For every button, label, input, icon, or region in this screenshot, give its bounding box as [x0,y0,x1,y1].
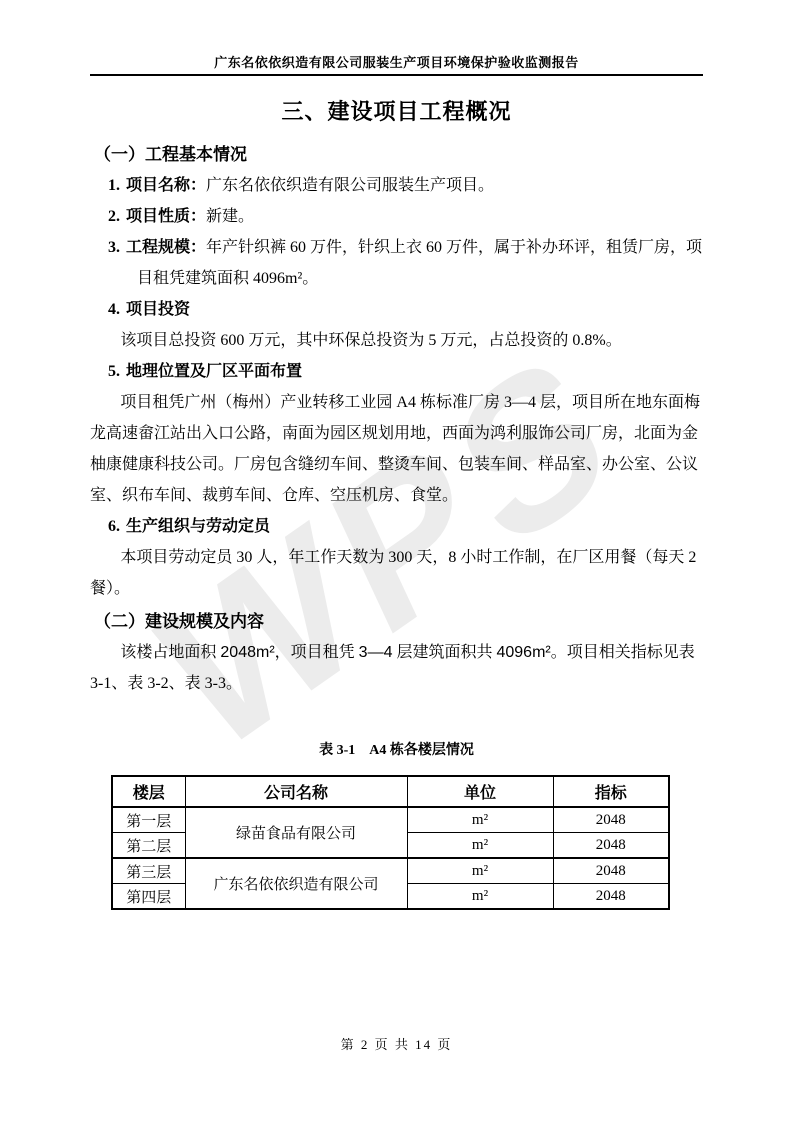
table-header-cell: 楼层 [112,776,185,807]
company-cell: 绿苗食品有限公司 [185,807,407,858]
unit-cell: m² [407,884,553,910]
item-label: 工程规模： [126,239,206,256]
table-header-cell: 指标 [553,776,669,807]
company-cell: 广东名依依织造有限公司 [185,858,407,909]
numbered-item: 3.工程规模：年产针织裤 60 万件，针织上衣 60 万件，属于补办环评，租赁厂… [108,232,703,294]
document-body: （一）工程基本情况1.项目名称：广东名依依织造有限公司服装生产项目。2.项目性质… [90,139,703,699]
item-label: 项目名称： [126,177,206,194]
text-segment: 该项目总投资 600 万元，其中环保总投资为 5 万元，占总投资的 0.8%。 [120,332,621,349]
value-cell: 2048 [553,833,669,859]
numbered-item: 1.项目名称：广东名依依织造有限公司服装生产项目。 [108,170,703,201]
table-row: 第三层广东名依依织造有限公司m²2048 [112,858,669,884]
item-number: 6. [108,518,120,535]
floor-cell: 第四层 [112,884,185,910]
value-cell: 2048 [553,884,669,910]
section-heading: （一）工程基本情况 [94,139,703,170]
text-segment: 2048m² [220,644,274,661]
text-segment: 3—4 [359,644,393,661]
body-paragraph: 该楼占地面积 2048m²，项目租凭 3—4 层建筑面积共 4096m²。项目相… [90,637,703,699]
body-paragraph: 项目租凭广州（梅州）产业转移工业园 A4 栋标准厂房 3—4 层，项目所在地东面… [90,387,703,511]
body-paragraph: 本项目劳动定员 30 人，年工作天数为 300 天，8 小时工作制，在厂区用餐（… [90,542,703,604]
value-cell: 2048 [553,807,669,833]
item-number: 4. [108,301,120,318]
table-head: 楼层公司名称单位指标 [112,776,669,807]
table-caption: 表 3-1 A4 栋各楼层情况 [90,739,703,759]
running-header-title: 广东名依依织造有限公司服装生产项目环境保护验收监测报告 [90,52,703,71]
numbered-item: 4.项目投资 [108,294,703,325]
unit-cell: m² [407,833,553,859]
numbered-item: 5.地理位置及厂区平面布置 [108,356,703,387]
document-page: WPS 广东名依依织造有限公司服装生产项目环境保护验收监测报告 三、建设项目工程… [0,0,793,1122]
floors-table: 楼层公司名称单位指标 第一层绿苗食品有限公司m²2048第二层m²2048第三层… [111,775,670,910]
text-segment: ，项目租凭 [275,644,359,661]
table-row: 第一层绿苗食品有限公司m²2048 [112,807,669,833]
section-heading: （二）建设规模及内容 [94,606,703,637]
floor-cell: 第一层 [112,807,185,833]
text-segment: 年产针织裤 60 万件，针织上衣 60 万件，属于补办环评，租赁厂房，项目租凭建… [137,239,702,287]
item-number: 3. [108,239,120,256]
text-segment: 4096m² [496,644,550,661]
item-label: 项目性质： [126,208,206,225]
table-header-row: 楼层公司名称单位指标 [112,776,669,807]
item-label: 地理位置及厂区平面布置 [126,363,302,380]
unit-cell: m² [407,858,553,884]
text-segment: 本项目劳动定员 30 人，年工作天数为 300 天，8 小时工作制，在厂区用餐（… [90,549,696,597]
text-segment: 该楼占地面积 [120,644,220,661]
page-footer: 第 2 页 共 14 页 [0,1034,793,1053]
running-header: 广东名依依织造有限公司服装生产项目环境保护验收监测报告 [90,0,703,76]
table-header-cell: 公司名称 [185,776,407,807]
item-number: 2. [108,208,120,225]
text-segment: 层建筑面积共 [392,644,496,661]
text-segment: 广东名依依织造有限公司服装生产项目。 [206,177,494,194]
item-label: 生产组织与劳动定员 [126,518,270,535]
value-cell: 2048 [553,858,669,884]
numbered-item: 6.生产组织与劳动定员 [108,511,703,542]
item-number: 1. [108,177,120,194]
table-header-cell: 单位 [407,776,553,807]
text-segment: 项目租凭广州（梅州）产业转移工业园 A4 栋标准厂房 3—4 层，项目所在地东面… [90,394,700,504]
item-label: 项目投资 [126,301,190,318]
text-segment: 新建。 [206,208,254,225]
floor-cell: 第三层 [112,858,185,884]
table-body: 第一层绿苗食品有限公司m²2048第二层m²2048第三层广东名依依织造有限公司… [112,807,669,909]
item-number: 5. [108,363,120,380]
body-paragraph: 该项目总投资 600 万元，其中环保总投资为 5 万元，占总投资的 0.8%。 [90,325,703,356]
page-title: 三、建设项目工程概况 [90,97,703,127]
unit-cell: m² [407,807,553,833]
numbered-item: 2.项目性质：新建。 [108,201,703,232]
page-content: 广东名依依织造有限公司服装生产项目环境保护验收监测报告 三、建设项目工程概况 （… [0,0,793,910]
floor-cell: 第二层 [112,833,185,859]
